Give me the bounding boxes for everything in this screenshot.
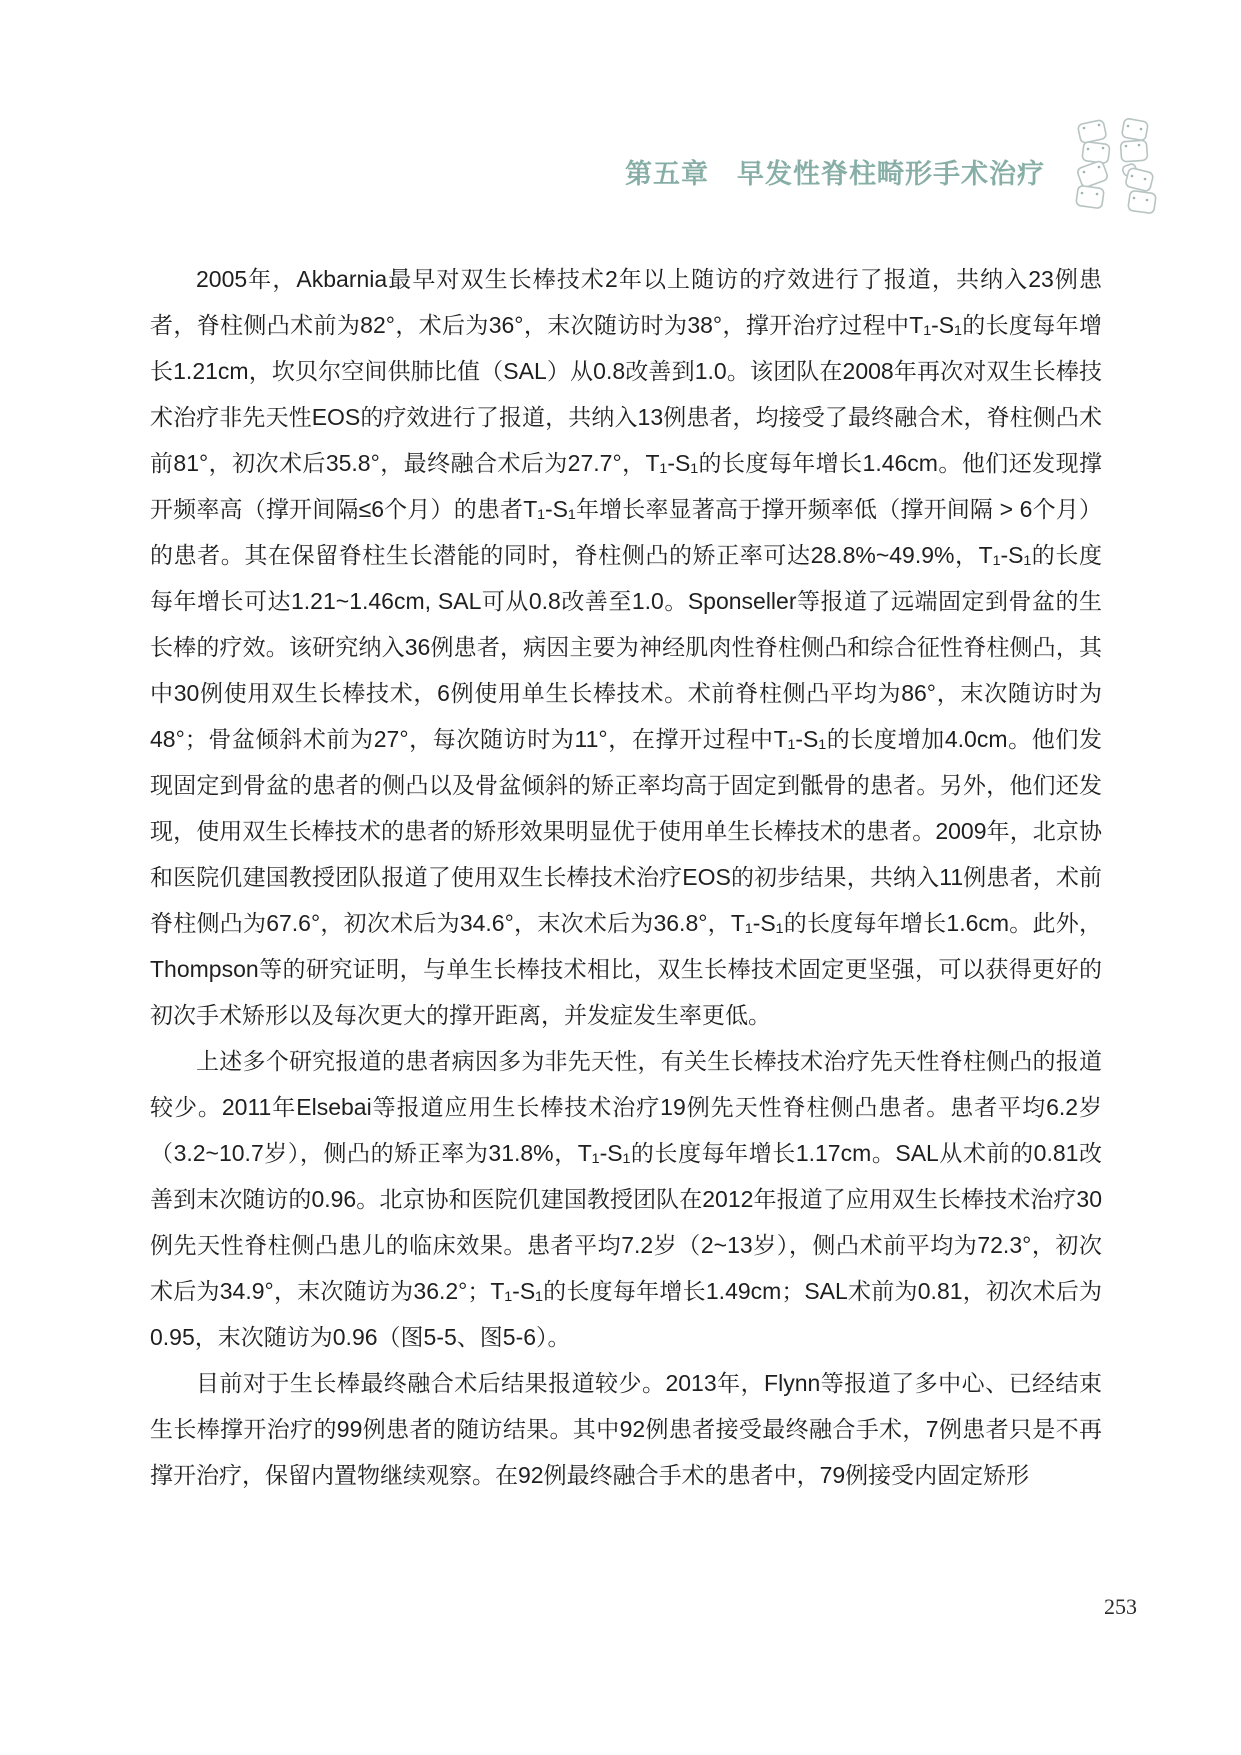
document-page: 第五章 早发性脊柱畸形手术治疗 — [0, 0, 1241, 1755]
body-paragraph: 目前对于生长棒最终融合术后结果报道较少。2013年，Flynn等报道了多中心、已… — [150, 1360, 1102, 1498]
page-body: 2005年，Akbarnia最早对双生长棒技术2年以上随访的疗效进行了报道，共纳… — [150, 256, 1102, 1498]
page-header: 第五章 早发性脊柱畸形手术治疗 — [0, 0, 1241, 230]
page-number: 253 — [1104, 1594, 1137, 1620]
spine-vertebrae-icon — [1071, 112, 1161, 214]
body-paragraph: 上述多个研究报道的患者病因多为非先天性，有关生长棒技术治疗先天性脊柱侧凸的报道较… — [150, 1038, 1102, 1360]
chapter-title: 第五章 早发性脊柱畸形手术治疗 — [625, 152, 1045, 191]
body-paragraph: 2005年，Akbarnia最早对双生长棒技术2年以上随访的疗效进行了报道，共纳… — [150, 256, 1102, 1038]
